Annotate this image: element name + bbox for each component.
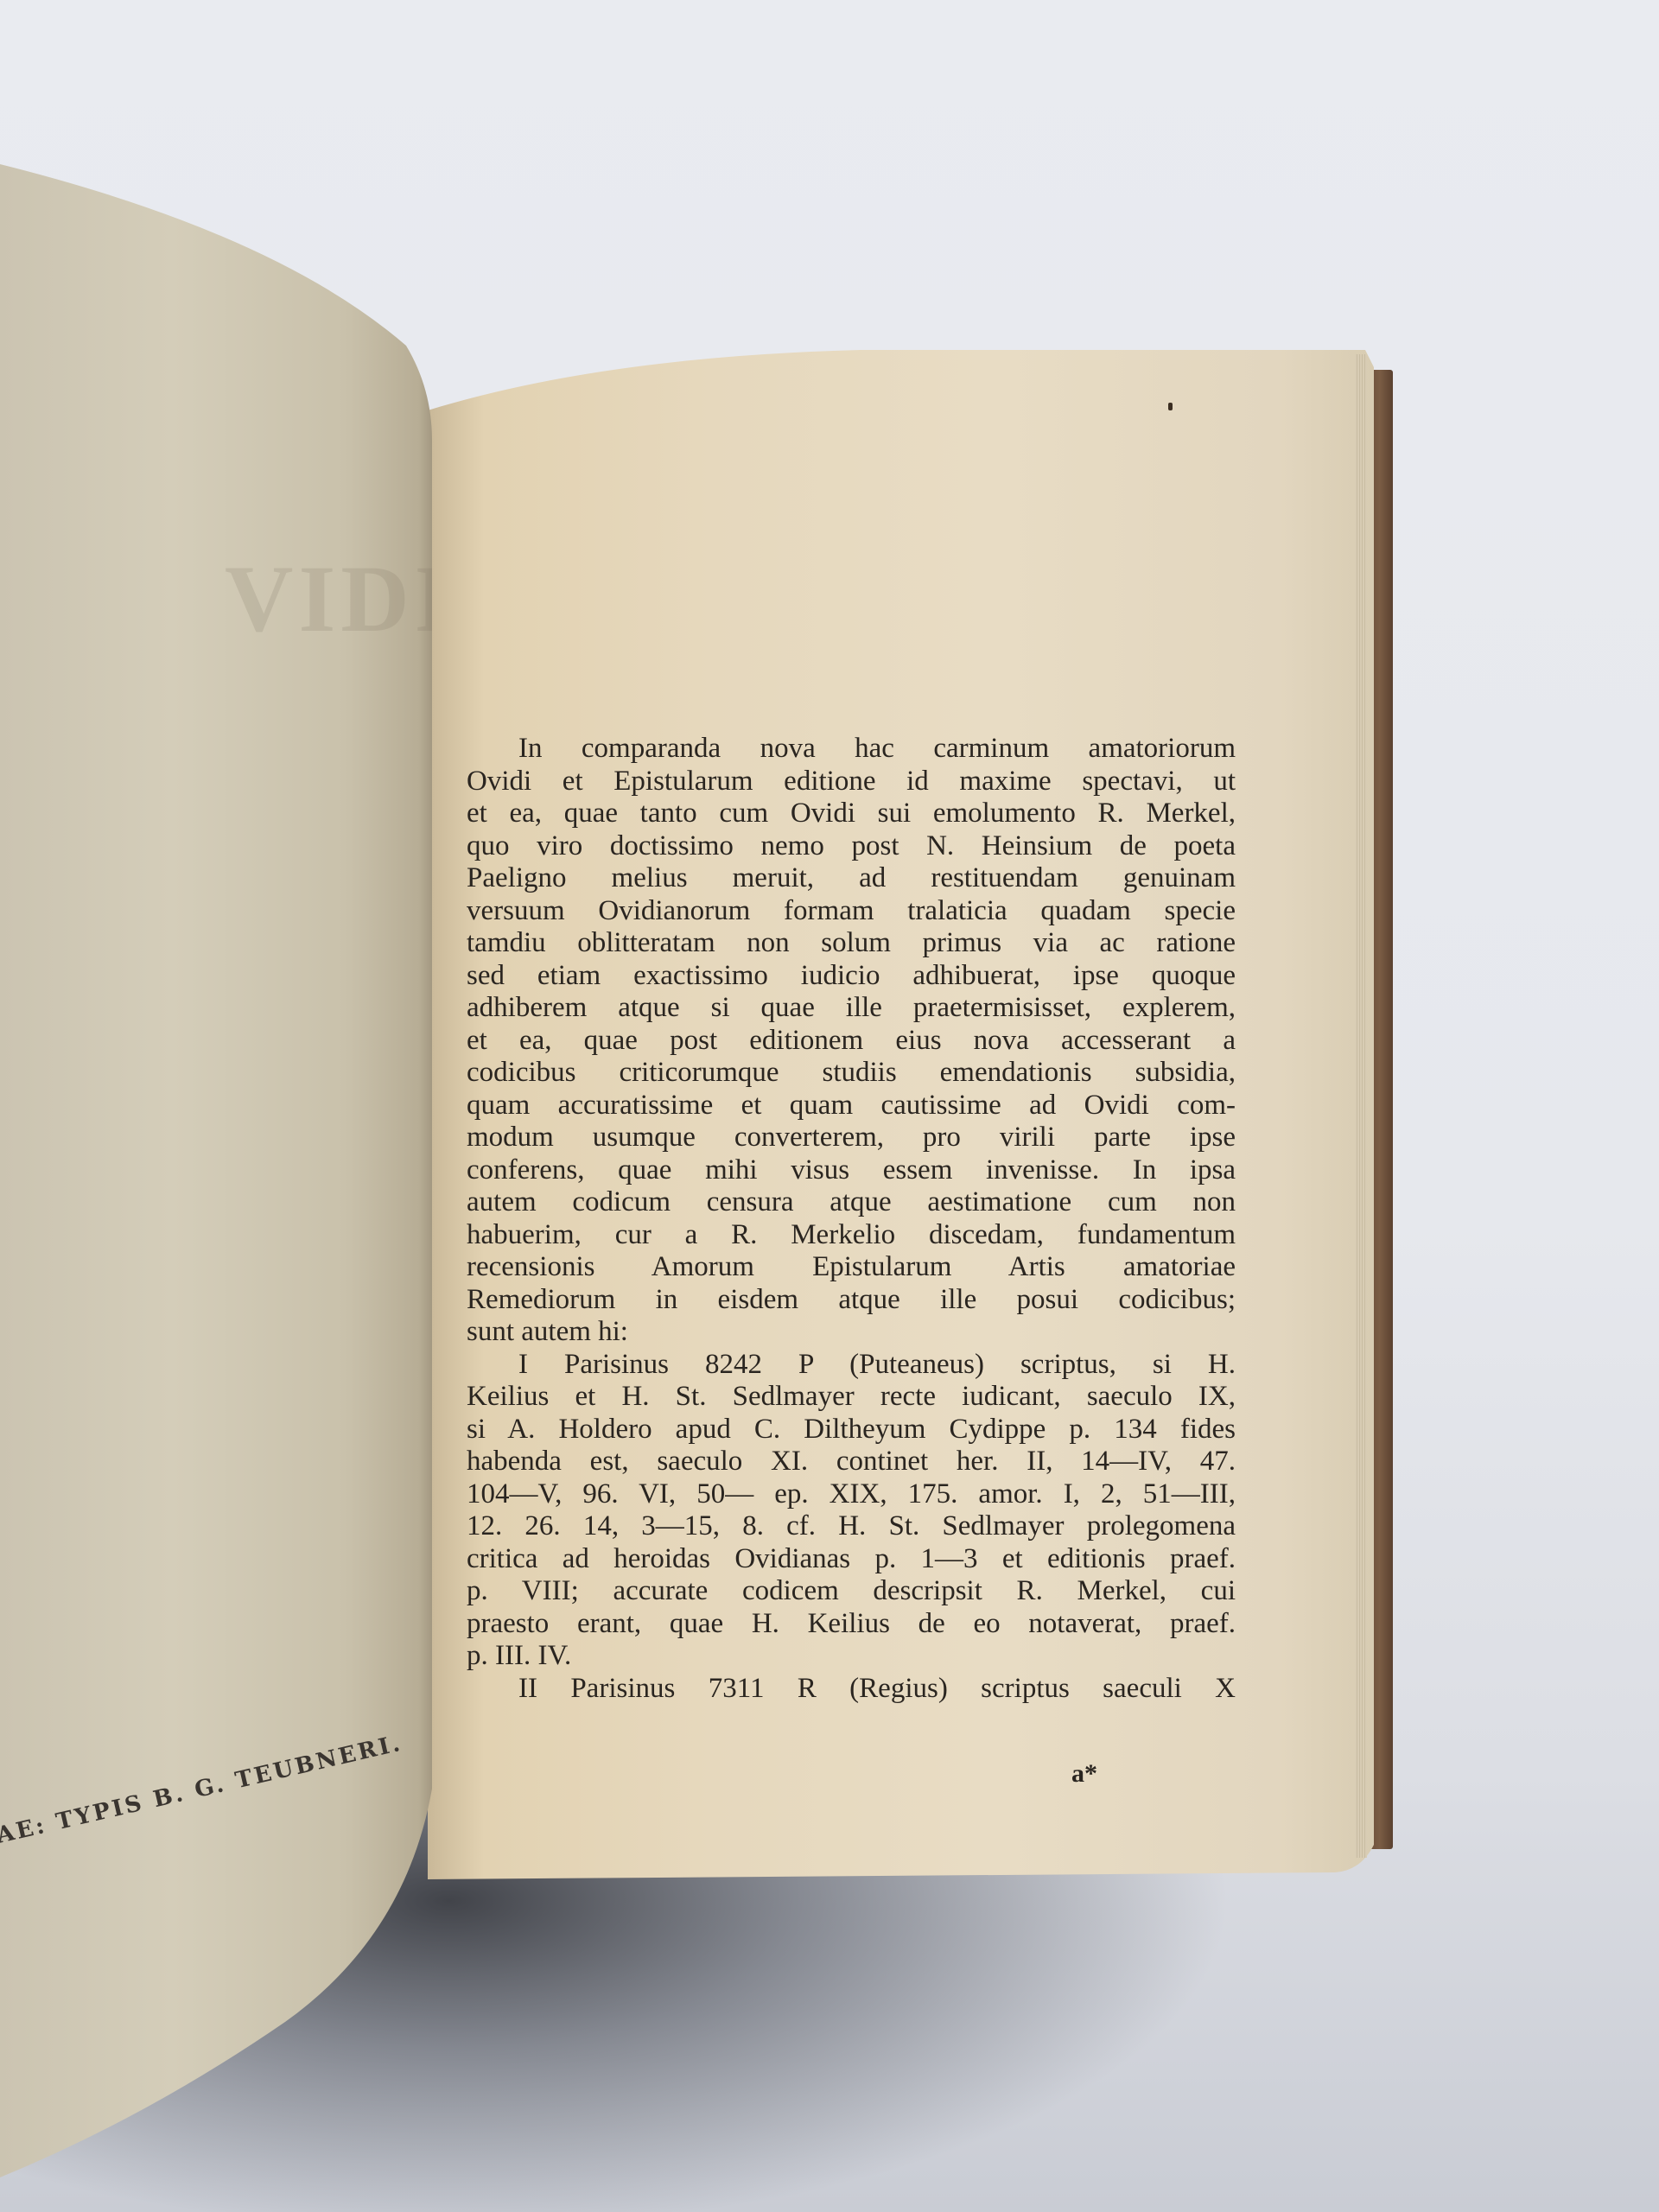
ghost-title-bleedthrough: VIDI (225, 544, 457, 654)
text-line: conferens, quae mihi visus essem invenis… (467, 1154, 1236, 1187)
text-line: critica ad heroidas Ovidianas p. 1—3 et … (467, 1543, 1236, 1576)
text-line: Paeligno melius meruit, ad restituendam … (467, 862, 1236, 895)
left-page: VIDI (0, 164, 432, 2177)
text-line: p. VIII; accurate codicem descripsit R. … (467, 1575, 1236, 1608)
text-line: autem codicum censura atque aestimatione… (467, 1186, 1236, 1219)
preface-text: In comparanda nova hac carminum amatorio… (467, 733, 1236, 1705)
text-line: Keilius et H. St. Sedlmayer recte iudica… (467, 1381, 1236, 1414)
text-line: habuerim, cur a R. Merkelio discedam, fu… (467, 1219, 1236, 1252)
photo-scene: VIDI AE: TYPIS B. G. TEUBNERI. In compar… (0, 0, 1659, 2212)
text-line: modum usumque converterem, pro virili pa… (467, 1122, 1236, 1154)
text-line: 104—V, 96. VI, 50— ep. XIX, 175. amor. I… (467, 1478, 1236, 1511)
page-edges (1355, 354, 1367, 1858)
text-line: codicibus criticorumque studiis emendati… (467, 1057, 1236, 1090)
text-line: si A. Holdero apud C. Diltheyum Cydippe … (467, 1414, 1236, 1446)
signature-mark: a* (1071, 1759, 1097, 1789)
text-line: sunt autem hi: (467, 1316, 1236, 1349)
text-line: In comparanda nova hac carminum amatorio… (467, 733, 1236, 766)
text-line: adhiberem atque si quae ille praetermisi… (467, 992, 1236, 1025)
text-line: et ea, quae tanto cum Ovidi sui emolumen… (467, 798, 1236, 830)
text-line: II Parisinus 7311 R (Regius) scriptus sa… (467, 1673, 1236, 1706)
text-line: I Parisinus 8242 P (Puteaneus) scriptus,… (467, 1349, 1236, 1382)
text-line: habenda est, saeculo XI. continet her. I… (467, 1446, 1236, 1478)
text-line: recensionis Amorum Epistularum Artis ama… (467, 1251, 1236, 1284)
text-line: tamdiu oblitteratam non solum primus via… (467, 927, 1236, 960)
text-line: Ovidi et Epistularum editione id maxime … (467, 766, 1236, 798)
paper-speck (1168, 403, 1173, 410)
text-line: sed etiam exactissimo iudicio adhibuerat… (467, 960, 1236, 993)
text-line: quo viro doctissimo nemo post N. Heinsiu… (467, 830, 1236, 863)
text-line: et ea, quae post editionem eius nova acc… (467, 1025, 1236, 1058)
text-line: Remediorum in eisdem atque ille posui co… (467, 1284, 1236, 1317)
text-line: 12. 26. 14, 3—15, 8. cf. H. St. Sedlmaye… (467, 1510, 1236, 1543)
text-line: versuum Ovidianorum formam tralaticia qu… (467, 895, 1236, 928)
text-line: praesto erant, quae H. Keilius de eo not… (467, 1608, 1236, 1641)
text-line: p. III. IV. (467, 1640, 1236, 1673)
text-line: quam accuratissime et quam cautissime ad… (467, 1090, 1236, 1122)
